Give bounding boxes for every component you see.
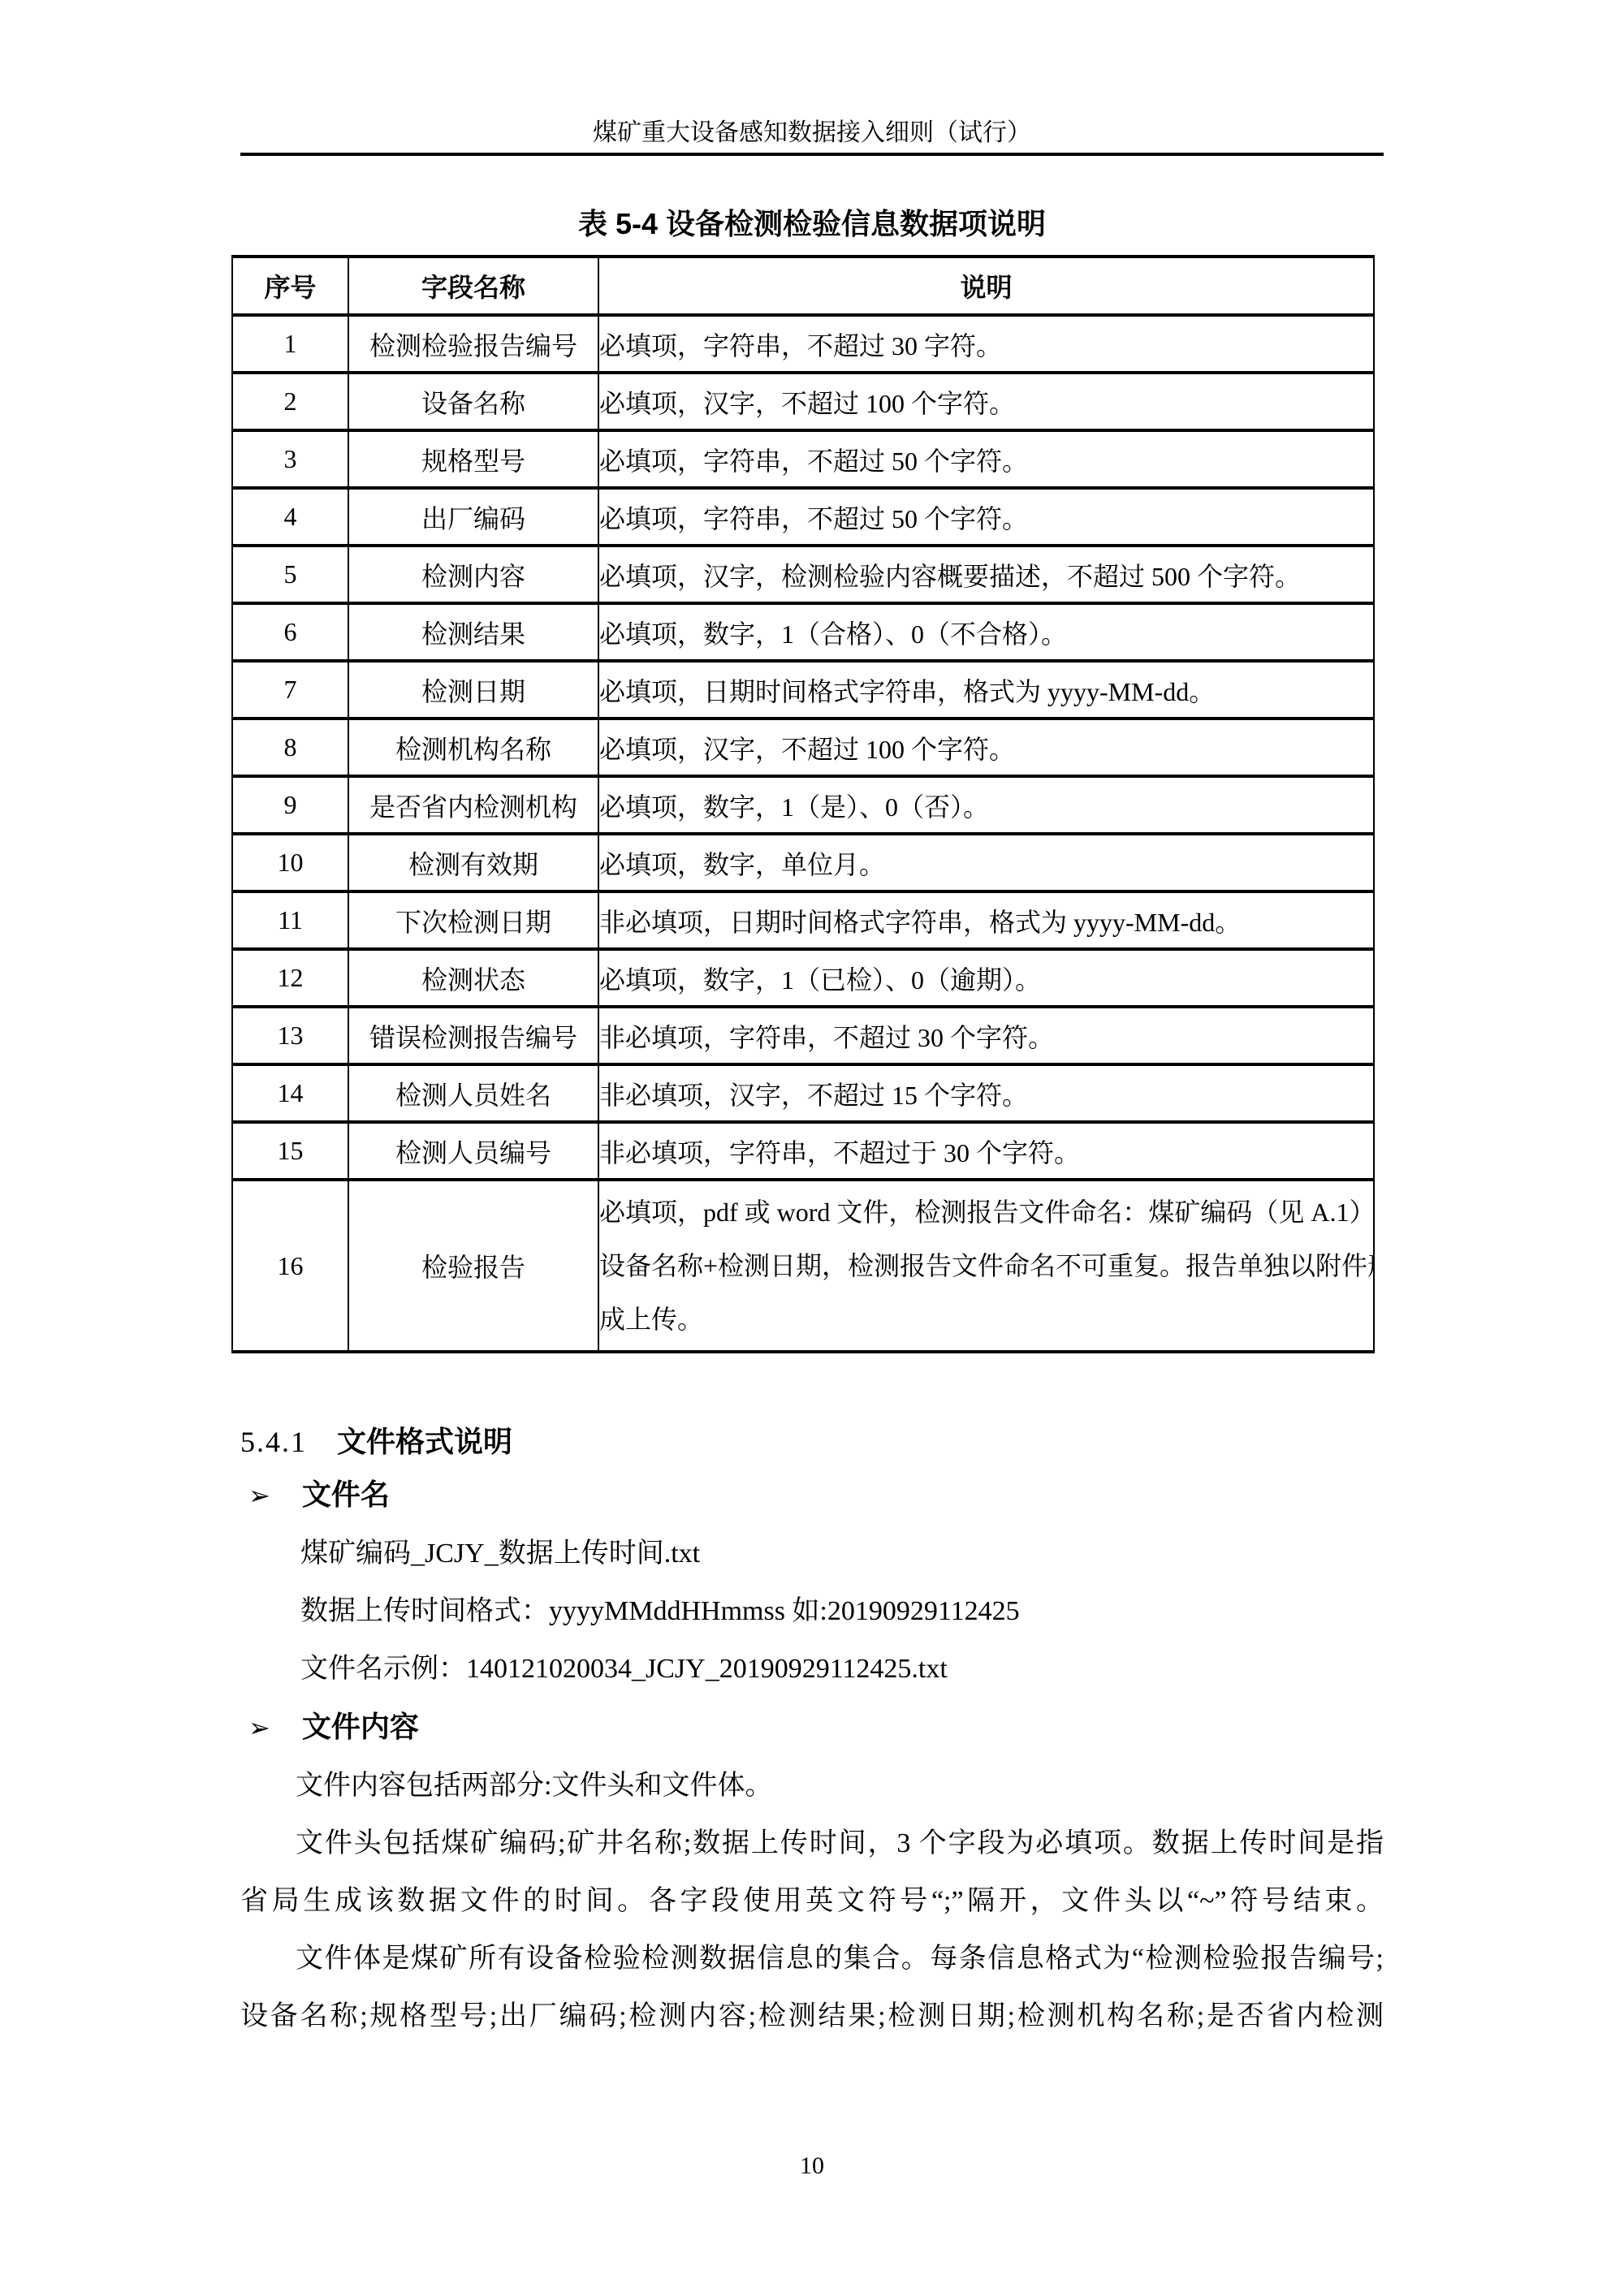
table-row: 3 规格型号 必填项，字符串，不超过 50 个字符。: [232, 430, 1374, 488]
upload-time-format-line: 数据上传时间格式：yyyyMMddHHmmss 如:20190929112425: [240, 1582, 1384, 1640]
cell-no: 3: [232, 430, 348, 488]
table-row: 6 检测结果 必填项，数字，1（合格）、0（不合格）。: [232, 603, 1374, 661]
cell-desc: 必填项，数字，单位月。: [598, 834, 1374, 891]
cell-desc: 必填项，字符串，不超过 50 个字符。: [598, 430, 1374, 488]
cell-desc: 必填项，汉字，检测检验内容概要描述，不超过 500 个字符。: [598, 546, 1374, 603]
cell-no: 4: [232, 488, 348, 546]
cell-field: 检测机构名称: [348, 719, 598, 776]
table-row: 9 是否省内检测机构 必填项，数字，1（是）、0（否）。: [232, 776, 1374, 834]
cell-field: 错误检测报告编号: [348, 1007, 598, 1064]
table-row: 5 检测内容 必填项，汉字，检测检验内容概要描述，不超过 500 个字符。: [232, 546, 1374, 603]
cell-field: 检验报告: [348, 1180, 598, 1352]
cell-no: 6: [232, 603, 348, 661]
table-caption: 表 5-4 设备检测检验信息数据项说明: [240, 205, 1384, 244]
file-name-example-line: 文件名示例：140121020034_JCJY_20190929112425.t…: [240, 1640, 1384, 1698]
table-row: 1 检测检验报告编号 必填项，字符串，不超过 30 字符。: [232, 315, 1374, 373]
cell-no: 10: [232, 834, 348, 891]
cell-field: 出厂编码: [348, 488, 598, 546]
cell-desc: 必填项，汉字，不超过 100 个字符。: [598, 719, 1374, 776]
table-row: 13 错误检测报告编号 非必填项，字符串，不超过 30 个字符。: [232, 1007, 1374, 1064]
bullet-item-file-content: ➢ 文件内容: [240, 1698, 1384, 1757]
cell-no: 9: [232, 776, 348, 834]
cell-field: 检测有效期: [348, 834, 598, 891]
section-number: 5.4.1: [240, 1426, 307, 1458]
table-row: 8 检测机构名称 必填项，汉字，不超过 100 个字符。: [232, 719, 1374, 776]
cell-no: 12: [232, 949, 348, 1007]
section-heading: 5.4.1 文件格式说明: [240, 1418, 1384, 1465]
cell-no: 5: [232, 546, 348, 603]
paragraph-line: 文件内容包括两部分:文件头和文件体。: [240, 1757, 1384, 1815]
cell-desc: 非必填项，字符串，不超过于 30 个字符。: [598, 1122, 1374, 1180]
bullet-label: 文件内容: [302, 1710, 419, 1743]
cell-field: 检测检验报告编号: [348, 315, 598, 373]
arrowhead-bullet-icon: ➢: [248, 1480, 270, 1511]
cell-desc-line: 设备名称+检测日期，检测报告文件命名不可重复。报告单独以附件形: [599, 1239, 1373, 1293]
table-row: 11 下次检测日期 非必填项，日期时间格式字符串，格式为 yyyy-MM-dd。: [232, 891, 1374, 949]
doc-running-title: 煤矿重大设备感知数据接入细则（试行）: [593, 119, 1031, 146]
table-row: 4 出厂编码 必填项，字符串，不超过 50 个字符。: [232, 488, 1374, 546]
cell-field: 检测人员编号: [348, 1122, 598, 1180]
cell-field: 下次检测日期: [348, 891, 598, 949]
table-row: 7 检测日期 必填项，日期时间格式字符串，格式为 yyyy-MM-dd。: [232, 661, 1374, 719]
paragraph-line: 设备名称;规格型号;出厂编码;检测内容;检测结果;检测日期;检测机构名称;是否省…: [240, 1987, 1384, 2045]
cell-field: 设备名称: [348, 373, 598, 430]
cell-no: 16: [232, 1180, 348, 1352]
cell-field: 是否省内检测机构: [348, 776, 598, 834]
paragraph-line: 文件体是煤矿所有设备检验检测数据信息的集合。每条信息格式为“检测检验报告编号;: [240, 1930, 1384, 1987]
cell-desc: 必填项，pdf 或 word 文件，检测报告文件命名：煤矿编码（见 A.1）+ …: [598, 1180, 1374, 1352]
page-header: 煤矿重大设备感知数据接入细则（试行）: [240, 0, 1384, 156]
cell-no: 2: [232, 373, 348, 430]
table-row: 12 检测状态 必填项，数字，1（已检）、0（逾期）。: [232, 949, 1374, 1007]
file-name-pattern: 煤矿编码_JCJY_数据上传时间.txt: [240, 1525, 1384, 1582]
document-page: 煤矿重大设备感知数据接入细则（试行） 表 5-4 设备检测检验信息数据项说明 序…: [0, 0, 1624, 2296]
bullet-label: 文件名: [302, 1478, 390, 1511]
cell-desc: 必填项，数字，1（合格）、0（不合格）。: [598, 603, 1374, 661]
cell-no: 15: [232, 1122, 348, 1180]
cell-desc-line: 成上传。: [599, 1293, 1373, 1346]
cell-no: 8: [232, 719, 348, 776]
cell-desc: 必填项，字符串，不超过 30 字符。: [598, 315, 1374, 373]
cell-desc: 必填项，数字，1（已检）、0（逾期）。: [598, 949, 1374, 1007]
table-header-row: 序号 字段名称 说明: [232, 257, 1374, 315]
cell-desc: 必填项，日期时间格式字符串，格式为 yyyy-MM-dd。: [598, 661, 1374, 719]
col-header-no: 序号: [232, 257, 348, 315]
cell-field: 检测状态: [348, 949, 598, 1007]
arrowhead-bullet-icon: ➢: [248, 1712, 270, 1743]
cell-no: 13: [232, 1007, 348, 1064]
cell-desc-line: 必填项，pdf 或 word 文件，检测报告文件命名：煤矿编码（见 A.1）+: [599, 1185, 1373, 1239]
cell-desc: 必填项，字符串，不超过 50 个字符。: [598, 488, 1374, 546]
spec-table: 序号 字段名称 说明 1 检测检验报告编号 必填项，字符串，不超过 30 字符。…: [231, 255, 1375, 1353]
table-row: 15 检测人员编号 非必填项，字符串，不超过于 30 个字符。: [232, 1122, 1374, 1180]
section-title: 文件格式说明: [337, 1425, 512, 1458]
table-row: 10 检测有效期 必填项，数字，单位月。: [232, 834, 1374, 891]
cell-desc: 非必填项，字符串，不超过 30 个字符。: [598, 1007, 1374, 1064]
cell-field: 检测内容: [348, 546, 598, 603]
cell-no: 14: [232, 1064, 348, 1122]
cell-desc: 必填项，汉字，不超过 100 个字符。: [598, 373, 1374, 430]
cell-field: 检测结果: [348, 603, 598, 661]
cell-field: 检测人员姓名: [348, 1064, 598, 1122]
col-header-desc: 说明: [598, 257, 1374, 315]
table-row: 14 检测人员姓名 非必填项，汉字，不超过 15 个字符。: [232, 1064, 1374, 1122]
table-row: 16 检验报告 必填项，pdf 或 word 文件，检测报告文件命名：煤矿编码（…: [232, 1180, 1374, 1352]
col-header-field: 字段名称: [348, 257, 598, 315]
cell-desc: 非必填项，汉字，不超过 15 个字符。: [598, 1064, 1374, 1122]
cell-field: 规格型号: [348, 430, 598, 488]
paragraph-line: 文件头包括煤矿编码;矿井名称;数据上传时间，3 个字段为必填项。数据上传时间是指: [240, 1815, 1384, 1872]
cell-desc: 必填项，数字，1（是）、0（否）。: [598, 776, 1374, 834]
cell-desc: 非必填项，日期时间格式字符串，格式为 yyyy-MM-dd。: [598, 891, 1374, 949]
cell-no: 1: [232, 315, 348, 373]
page-number: 10: [0, 2151, 1624, 2181]
paragraph-line: 省局生成该数据文件的时间。各字段使用英文符号“;”隔开，文件头以“~”符号结束。: [240, 1872, 1384, 1930]
cell-no: 11: [232, 891, 348, 949]
bullet-item-file-name: ➢ 文件名: [240, 1465, 1384, 1525]
cell-no: 7: [232, 661, 348, 719]
cell-field: 检测日期: [348, 661, 598, 719]
table-row: 2 设备名称 必填项，汉字，不超过 100 个字符。: [232, 373, 1374, 430]
